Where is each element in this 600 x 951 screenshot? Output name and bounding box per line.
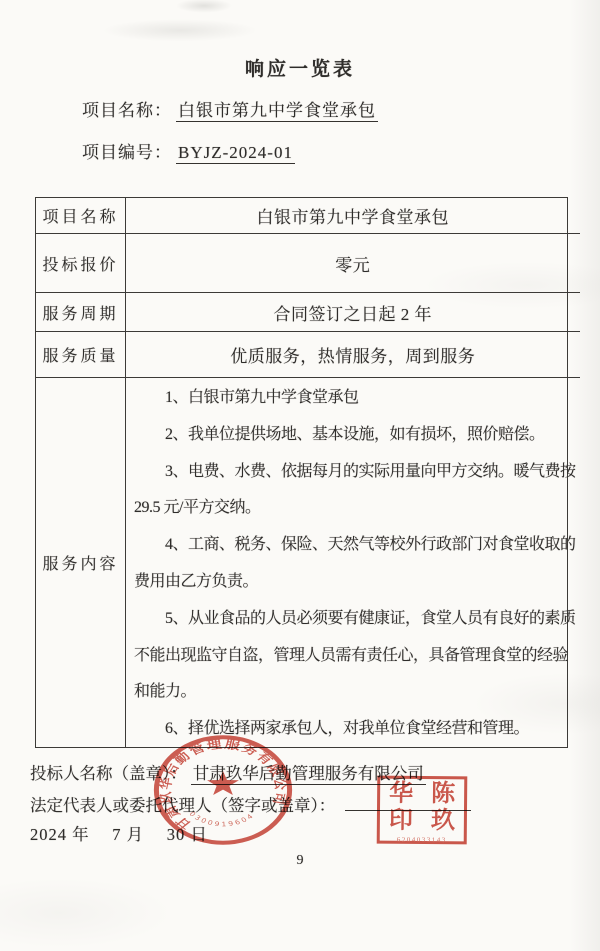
project-number-value: BYJZ-2024-01 <box>176 143 295 164</box>
project-name-line: 项目名称：白银市第九中学食堂承包 <box>82 96 378 121</box>
row-value-project-name: 白银市第九中学食堂承包 <box>126 198 580 233</box>
row-label-project-name: 项目名称 <box>36 198 126 233</box>
row-value-service-period: 合同签订之日起 2 年 <box>126 292 580 331</box>
seal-bottom-digits: 0300919604 <box>187 810 256 828</box>
service-content-line: 3、电费、水费、依据每月的实际用量向甲方交纳。暖气费按 <box>134 454 576 491</box>
row-label-service-period: 服务周期 <box>36 292 126 331</box>
response-table: 项目名称 白银市第九中学食堂承包 投标报价 零元 服务周期 合同签订之日起 2 … <box>35 197 568 748</box>
row-value-service-quality: 优质服务，热情服务，周到服务 <box>126 331 580 377</box>
svg-text:0300919604: 0300919604 <box>187 810 256 828</box>
project-number-line: 项目编号：BYJZ-2024-01 <box>82 138 295 163</box>
project-name-label: 项目名称： <box>82 101 172 120</box>
star-icon <box>207 771 239 795</box>
row-label-service-quality: 服务质量 <box>36 331 126 377</box>
service-content-line: 1、白银市第九中学食堂承包 <box>134 380 576 417</box>
seal-char: 玖 <box>422 808 464 835</box>
service-content-line: 和能力。 <box>134 674 576 711</box>
seal-char: 陈 <box>422 781 464 808</box>
name-square-seal: 华 陈 印 玖 6204033143 <box>377 776 468 845</box>
service-content-line: 4、工商、税务、保险、天然气等校外行政部门对食堂收取的 <box>134 527 576 564</box>
project-name-value: 白银市第九中学食堂承包 <box>176 101 378 122</box>
page-title: 响应一览表 <box>0 54 600 81</box>
scanned-document-page: 响应一览表 项目名称：白银市第九中学食堂承包 项目编号：BYJZ-2024-01… <box>0 0 600 951</box>
row-value-bid-price: 零元 <box>126 233 580 292</box>
project-number-label: 项目编号： <box>82 143 172 162</box>
seal-char: 印 <box>380 808 422 835</box>
company-round-seal: 甘肃玖华后勤管理服务有限公司 0300919604 <box>151 733 295 847</box>
page-number: 9 <box>0 853 600 869</box>
row-label-service-content: 服务内容 <box>36 377 126 748</box>
service-content-line: 2、我单位提供场地、基本设施，如有损坏，照价赔偿。 <box>134 417 576 454</box>
service-content-line: 费用由乙方负责。 <box>134 564 576 601</box>
seal-digits: 6204033143 <box>380 836 464 845</box>
service-content-line: 不能出现监守自盗，管理人员需有责任心，具备管理食堂的经验 <box>134 638 576 675</box>
service-content-line: 29.5 元/平方交纳。 <box>134 490 576 527</box>
row-label-bid-price: 投标报价 <box>36 233 126 292</box>
row-value-service-content: 1、白银市第九中学食堂承包 2、我单位提供场地、基本设施，如有损坏，照价赔偿。 … <box>126 377 580 748</box>
seal-char: 华 <box>380 781 422 808</box>
service-content-line: 5、从业食品的人员必须要有健康证，食堂人员有良好的素质 <box>134 601 576 638</box>
